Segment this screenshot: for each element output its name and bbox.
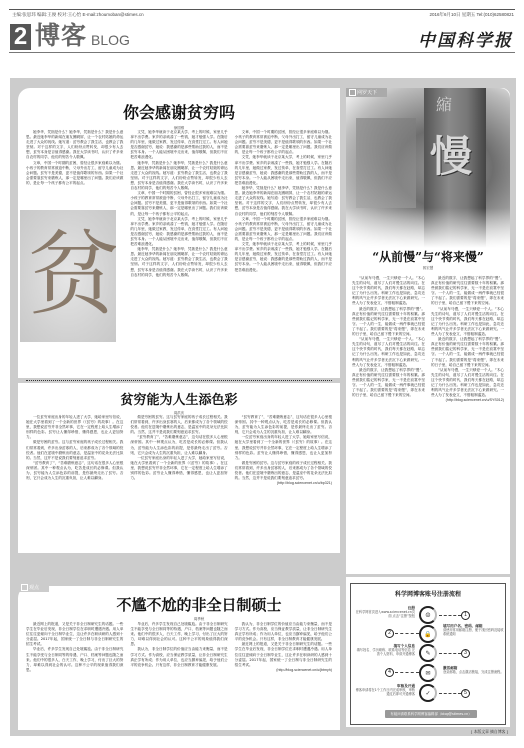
article-column: 文章，中国一个时期的贫困，曾经让很多家庭难以为继。小孩子的教育常常被迫中断，父母… <box>235 130 332 374</box>
sign-slow-character: 慢 <box>430 124 472 184</box>
source-url[interactable]: (http://blog.sciencenet.cn/u/jbtmyh) <box>235 668 332 673</box>
article-column: “贫穷教育了”，“苦难磨炼意志”，这句话在很多人心里根深蒂固。其中一种观点认为，… <box>235 415 332 547</box>
article-column: 做是穷困的贫穷。这与贫穷家庭的孩子成长过程相关。我们常常看到，许多出身贫寒的人，… <box>130 415 227 547</box>
article-title: “从前慢”与“将来慢” <box>346 248 510 265</box>
step-1-label: 注册在科学网首页进入www.sciencenet.cn页面 点击“注册”按钮 <box>355 606 415 618</box>
tag-square-icon <box>21 584 28 591</box>
article-column: 最近网上的报道，又是关于非全日制研究生的话题。一些学生在毕业后发现，非全日制学位… <box>26 622 123 728</box>
article-title: 贫穷能为人生添色彩 <box>18 389 340 408</box>
connector <box>395 633 419 634</box>
connector <box>439 615 461 616</box>
connector <box>439 653 461 654</box>
user-icon: ☺ <box>419 606 437 624</box>
newspaper-logo: 中国科学报 <box>418 26 513 51</box>
section-title-cn: 博客 <box>35 22 87 50</box>
step-1-number: 1 <box>461 611 470 620</box>
source-url[interactable]: (http://blog.sciencenet.cn/u/bp321) <box>235 481 332 486</box>
connector <box>395 672 419 673</box>
article-column: 毕业后，许多学生发现自己处境尴尬。由于非全日制研究生不能享受与全日制同等的待遇，… <box>130 622 227 728</box>
staff-line: 主编:张思玮 编辑:王俊 校对:王心怡 E-mail:zhoumoban@sti… <box>12 12 144 18</box>
article-title: 不尴不尬的非全日制硕士 <box>18 594 340 615</box>
mail-icon: ✉ <box>419 664 437 682</box>
editor-note: [ 本版文章 摘自博客 ] <box>471 729 508 735</box>
header-rule <box>9 52 515 53</box>
article-title: 你会感谢贫穷吗 <box>18 100 340 123</box>
article-column: 我认为，非全日制学位的价值应当由能力来衡量，而不是学习方式。作为高校，应当保证教… <box>235 622 332 728</box>
pin-art-photo: 贫 <box>20 210 116 342</box>
article-column: 文凭，她李华就读于北京某大学，考上的时候，家里几乎拿不出学费。家乡的亲戚凑了一些… <box>130 130 227 374</box>
date-line: 2016年6月10日 星期五 Tel:(010)62580821 <box>429 12 514 18</box>
article-poverty-color: 贫穷能为人生添色彩 周洪庆 一位贫穷家庭出身的年轻人进了大学，她给家里写信说，她… <box>18 383 340 553</box>
page-number: 2 <box>10 24 31 50</box>
section-masthead: 2 博客 BLOG <box>10 20 130 50</box>
background-door <box>356 118 416 208</box>
lock-icon: 🔒 <box>419 625 437 643</box>
check-icon: ✓ <box>419 684 437 702</box>
article-column: 一位贫穷家庭出身的年轻人进了大学，她给家里写信说，她在大学里看到了一个全新的世界… <box>26 415 123 547</box>
registration-flowchart: 科学网博客账号注册流程 注册在科学网首页进入www.sciencenet.cn页… <box>350 583 506 725</box>
profile-icon: ✎ <box>419 644 437 662</box>
article-byline: 郭宏慧 <box>346 266 510 271</box>
step-4-label: 激活邮箱登录邮箱，点击激活链接，完成注册流程。 <box>443 666 505 674</box>
step-3-number: 3 <box>461 649 470 658</box>
top-rule <box>9 9 515 10</box>
pin-character-image: 贫 <box>28 220 116 330</box>
photo-fade <box>346 208 510 248</box>
article-column: 最近的数字，让我想起了科学界的“慢”。真正有价值的研究往往需要数十年的积累。那些… <box>431 276 504 570</box>
section-tag-viewpoint: 观点 <box>18 583 49 592</box>
article-column: “从前车马慢，一生只够爱一个人。”木心先生的诗句，道尽了人们对慢生活的向往。在这… <box>352 276 425 570</box>
source-url[interactable]: (http://blog.sciencenet.cn/u/SYS012) <box>431 398 504 403</box>
article-divider <box>26 380 332 381</box>
step-2-label: 填写用户名、密码、邮箱请使用常用邮箱注册，便于找回密码及接收系统通知 <box>443 624 505 636</box>
tag-label: 网罗天下 <box>357 89 377 96</box>
step-5-number: 5 <box>461 689 470 698</box>
contact-blog-editor-button[interactable]: 有疑问请联系科学网博客编辑部（blog@stimes.cn） <box>385 710 477 718</box>
tag-label: 观点 <box>29 584 39 591</box>
sign-top-character: 縮 <box>436 92 452 115</box>
connector <box>439 693 461 694</box>
step-2-number: 2 <box>385 629 394 638</box>
flowchart-title: 科学网博客账号注册流程 <box>351 589 505 598</box>
step-4-number: 4 <box>385 668 394 677</box>
article-part-time-master: 不尴不尬的非全日制硕士 周季秋 最近网上的报道，又是关于非全日制研究生的话题。一… <box>18 586 340 730</box>
section-title-en: BLOG <box>91 32 130 48</box>
tag-square-icon <box>349 89 356 96</box>
slow-sign-photo: 縮 慢 <box>346 88 510 248</box>
step-5-label: 审核及开通博客申请将在1个工作日内完成审核，审核通过后即可开通博客 <box>355 684 415 696</box>
section-tag-web: 网罗天下 <box>346 88 387 97</box>
step-3-label: 填写个人信息填写姓名、学历职称、联系电话等信息 完善个人资料，申请开通博客 <box>355 644 415 656</box>
